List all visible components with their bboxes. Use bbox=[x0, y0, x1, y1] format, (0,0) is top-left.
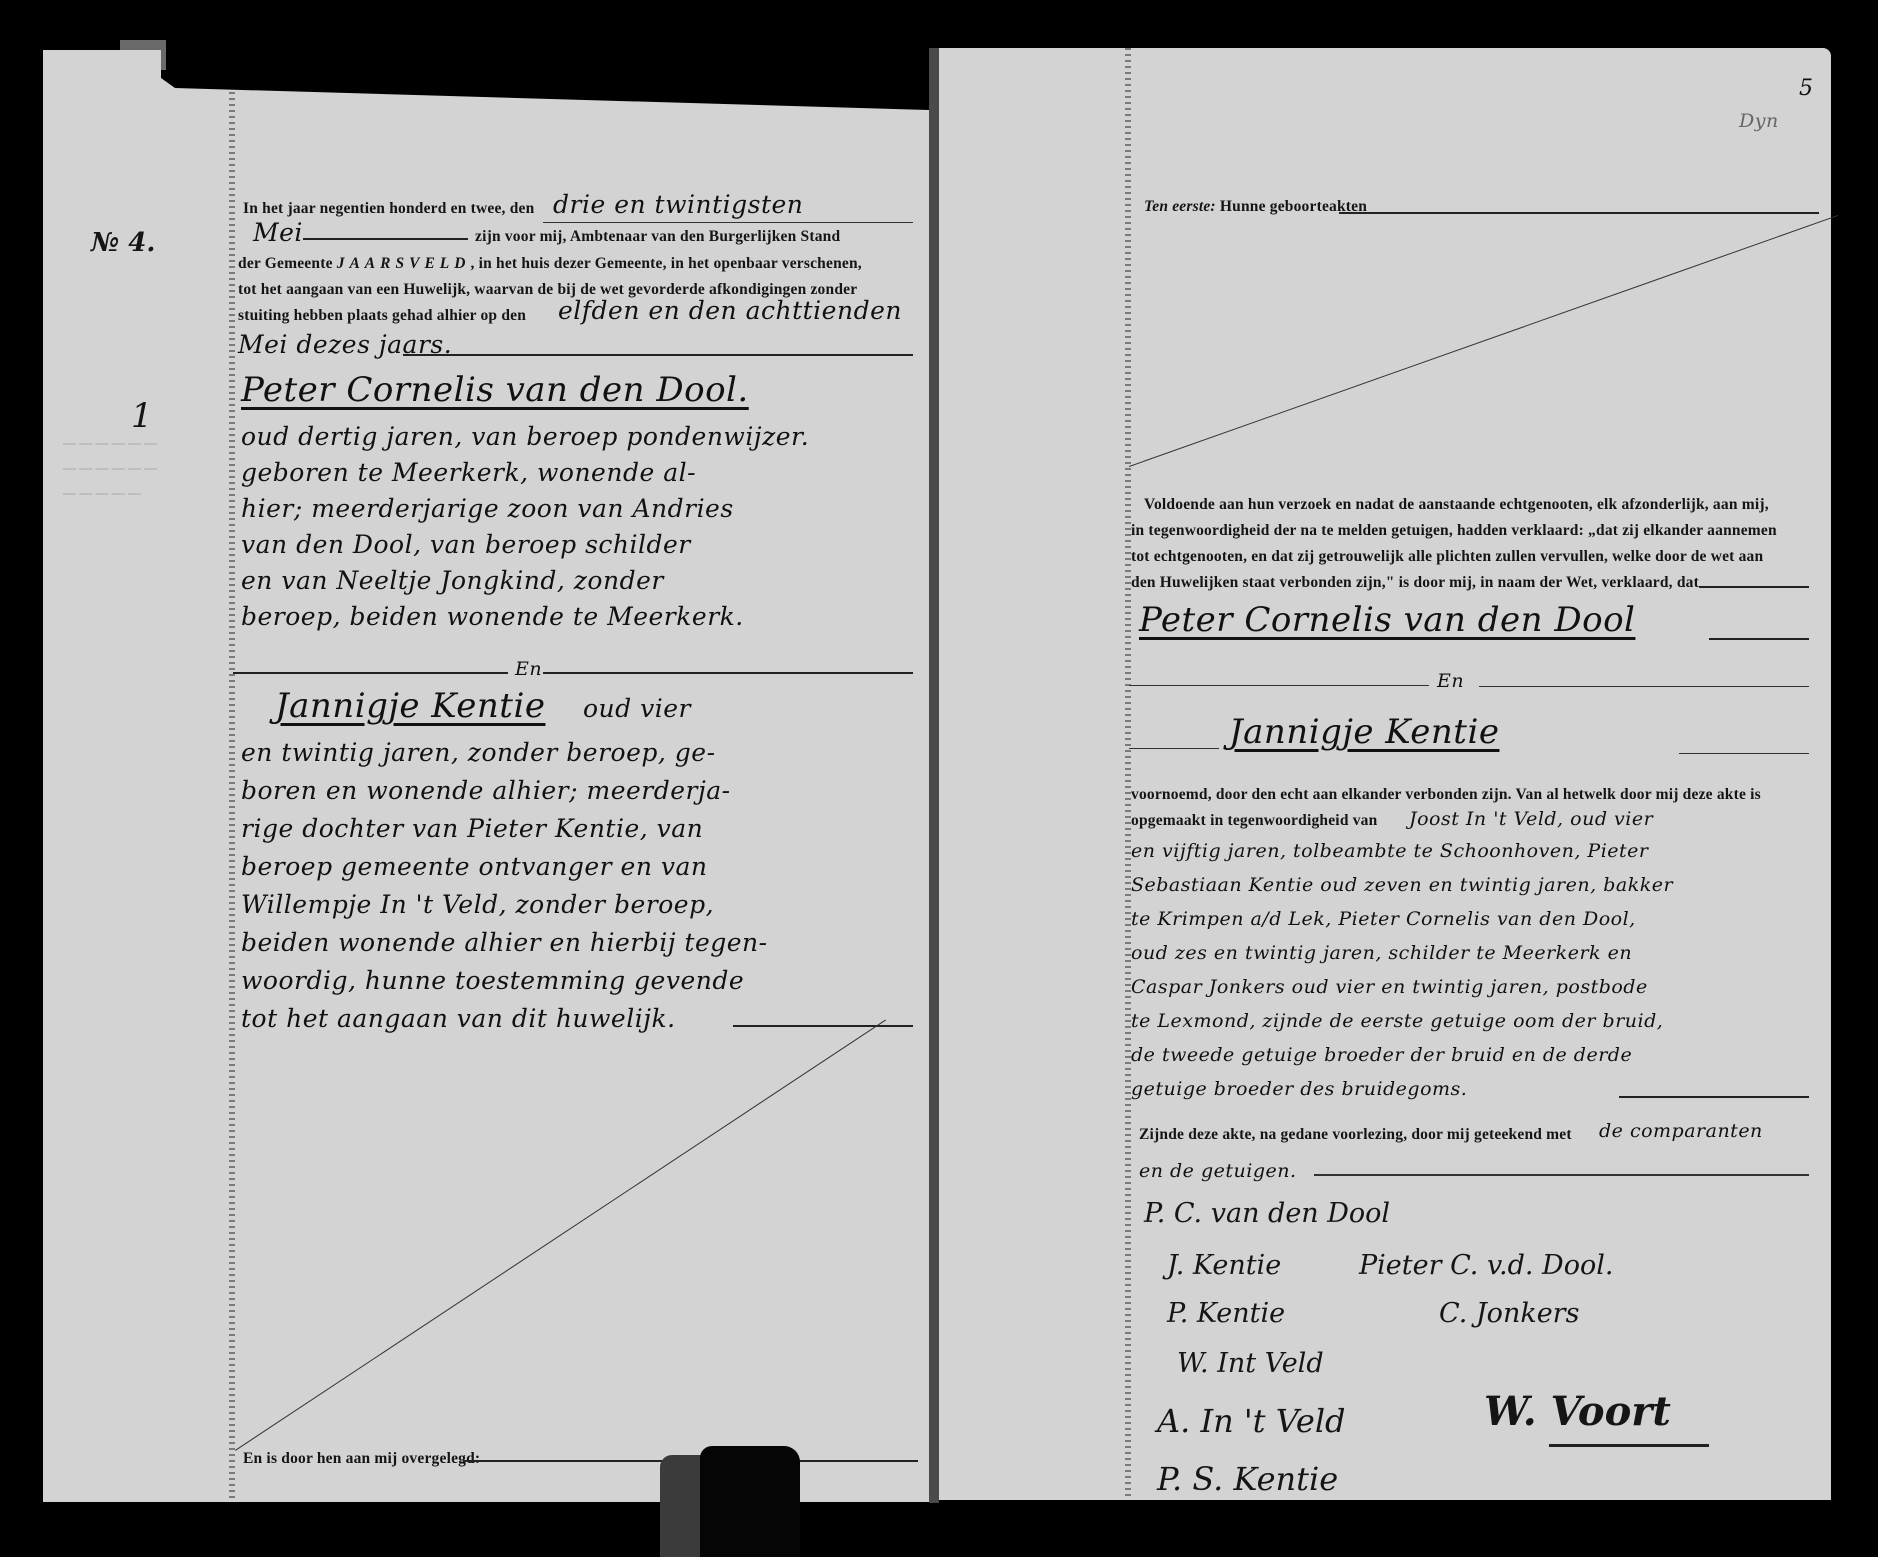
ten-eerste-line: Ten eerste: Hunne geboorteakten bbox=[1144, 198, 1367, 216]
union-line: opgemaakt in tegenwoordigheid van bbox=[1131, 812, 1377, 830]
clamp bbox=[700, 1446, 800, 1557]
declaration-line: tot echtgenooten, en dat zij getrouwelij… bbox=[1131, 548, 1763, 566]
declaration-line: Voldoende aan hun verzoek en nadat de aa… bbox=[1144, 496, 1769, 514]
witness-line: getuige broeder des bruidegoms. bbox=[1131, 1078, 1467, 1100]
bride-line: oud vier bbox=[583, 694, 691, 723]
witness-line: Caspar Jonkers oud vier en twintig jaren… bbox=[1131, 976, 1648, 998]
printed-line-5: stuiting hebben plaats gehad alhier op d… bbox=[238, 307, 526, 325]
groom-line: van den Dool, van beroep schilder bbox=[241, 530, 691, 559]
groom-name: Peter Cornelis van den Dool. bbox=[241, 370, 749, 410]
left-page: — — — — — — — — — — — — — — — — — № 4. 1… bbox=[43, 50, 929, 1502]
bride-line: en twintig jaren, zonder beroep, ge- bbox=[241, 738, 716, 767]
witness-line: te Lexmond, zijnde de eerste getuige oom… bbox=[1131, 1010, 1663, 1032]
fill-line bbox=[1314, 1174, 1809, 1176]
bride-line: Willempje In 't Veld, zonder beroep, bbox=[241, 890, 714, 919]
signature: J. Kentie bbox=[1167, 1250, 1281, 1281]
divider-line bbox=[1129, 685, 1429, 686]
closing-printed: Zijnde deze akte, na gedane voorlezing, … bbox=[1139, 1126, 1572, 1144]
perforation-line bbox=[1125, 48, 1131, 1500]
printed-line-2: zijn voor mij, Ambtenaar van den Burgerl… bbox=[475, 228, 840, 246]
divider-line bbox=[1129, 748, 1219, 749]
municipality-name: JAARSVELD bbox=[337, 255, 471, 272]
groom-name: Peter Cornelis van den Dool bbox=[1139, 600, 1635, 640]
diagonal-strike-line bbox=[235, 1019, 886, 1450]
signature: P. S. Kentie bbox=[1157, 1460, 1338, 1498]
ghost-text: — — — — — — bbox=[63, 460, 157, 476]
fill-line bbox=[1339, 212, 1819, 214]
fill-line bbox=[1699, 586, 1809, 588]
fill-line bbox=[1709, 638, 1809, 640]
witness-line: te Krimpen a/d Lek, Pieter Cornelis van … bbox=[1131, 908, 1636, 930]
margin-mark: 1 bbox=[131, 396, 153, 436]
witness-line: Sebastiaan Kentie oud zeven en twintig j… bbox=[1131, 874, 1673, 896]
bride-line: tot het aangaan van dit huwelijk. bbox=[241, 1004, 676, 1033]
closing-hand-2: en de getuigen. bbox=[1139, 1160, 1297, 1182]
signature-groom: P. C. van den Dool bbox=[1144, 1198, 1390, 1229]
bride-name: Jannigje Kentie bbox=[1229, 712, 1499, 752]
signature: P. Kentie bbox=[1167, 1298, 1285, 1329]
witness-line: en vijftig jaren, tolbeambte te Schoonho… bbox=[1131, 840, 1648, 862]
bride-line: woordig, hunne toestemming gevende bbox=[241, 966, 744, 995]
hand-date-month: Mei bbox=[253, 218, 303, 247]
printed-line-3: der Gemeente JAARSVELD, in het huis deze… bbox=[238, 255, 862, 273]
groom-line: geboren te Meerkerk, wonende al- bbox=[241, 458, 696, 487]
connector-en: En bbox=[1437, 670, 1464, 692]
divider-line bbox=[543, 672, 913, 674]
hand-proclamation-dates: elfden en den achttienden bbox=[558, 296, 902, 325]
divider-line bbox=[233, 672, 508, 674]
connector-en: En bbox=[515, 658, 542, 680]
perforation-line bbox=[229, 50, 235, 1502]
witness-line: de tweede getuige broeder der bruid en d… bbox=[1131, 1044, 1632, 1066]
fill-line bbox=[543, 222, 913, 223]
divider-line bbox=[1479, 686, 1809, 687]
witness-line: Joost In 't Veld, oud vier bbox=[1409, 808, 1653, 830]
right-page: 5 Dyn Ten eerste: Hunne geboorteakten Vo… bbox=[939, 48, 1831, 1500]
ten-eerste-label: Ten eerste: bbox=[1144, 198, 1216, 215]
printed-line-1: In het jaar negentien honderd en twee, d… bbox=[243, 200, 534, 218]
signature: C. Jonkers bbox=[1439, 1298, 1579, 1329]
fill-line bbox=[403, 354, 913, 356]
bride-line: rige dochter van Pieter Kentie, van bbox=[241, 814, 703, 843]
declaration-line: den Huwelijken staat verbonden zijn," is… bbox=[1131, 574, 1699, 592]
witness-line: oud zes en twintig jaren, schilder te Me… bbox=[1131, 942, 1632, 964]
ghost-text: — — — — — — bbox=[63, 435, 157, 451]
footer-printed: En is door hen aan mij overgelegd: bbox=[243, 1450, 480, 1468]
fill-line bbox=[733, 1025, 913, 1027]
ghost-text: — — — — — bbox=[63, 485, 141, 501]
bride-name: Jannigje Kentie bbox=[275, 686, 545, 726]
book-spine bbox=[929, 48, 939, 1503]
groom-line: beroep, beiden wonende te Meerkerk. bbox=[241, 602, 744, 631]
groom-line: hier; meerderjarige zoon van Andries bbox=[241, 494, 734, 523]
record-number: № 4. bbox=[91, 228, 155, 258]
declaration-line: in tegenwoordigheid der na te melden get… bbox=[1131, 522, 1777, 540]
signature: Pieter C. v.d. Dool. bbox=[1359, 1250, 1613, 1281]
signature: A. In 't Veld bbox=[1157, 1402, 1346, 1440]
signature-underline bbox=[1549, 1444, 1709, 1447]
diagonal-strike-line bbox=[1129, 215, 1838, 467]
fill-line bbox=[1619, 1096, 1809, 1098]
groom-line: en van Neeltje Jongkind, zonder bbox=[241, 566, 664, 595]
union-line: voornoemd, door den echt aan elkander ve… bbox=[1131, 786, 1761, 804]
closing-hand-1: de comparanten bbox=[1599, 1120, 1763, 1142]
signature: W. Int Veld bbox=[1177, 1348, 1324, 1379]
groom-line: oud dertig jaren, van beroep pondenwijze… bbox=[241, 422, 809, 451]
hand-date-day: drie en twintigsten bbox=[553, 190, 803, 219]
page-number: 5 bbox=[1799, 76, 1814, 101]
bride-line: beroep gemeente ontvanger en van bbox=[241, 852, 708, 881]
bride-line: boren en wonende alhier; meerderja- bbox=[241, 776, 731, 805]
corner-initials: Dyn bbox=[1739, 110, 1779, 132]
bride-line: beiden wonende alhier en hierbij tegen- bbox=[241, 928, 768, 957]
signature-registrar: W. Voort bbox=[1484, 1388, 1671, 1435]
divider-line bbox=[1679, 753, 1809, 754]
fill-line bbox=[303, 238, 468, 240]
